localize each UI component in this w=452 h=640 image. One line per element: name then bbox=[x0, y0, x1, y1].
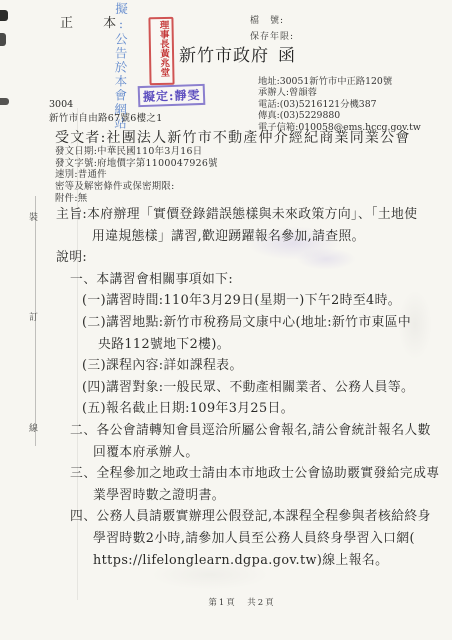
body-line: (五)報名截止日期:109年3月25日。 bbox=[82, 398, 448, 420]
body-line: (三)課程內容:詳如課程表。 bbox=[82, 355, 448, 377]
body-line: (四)講習對象:一般民眾、不動產相關業者、公務人員等。 bbox=[82, 377, 448, 399]
document-meta: 發文日期:中華民國110年3月16日 發文字號:府地價字第1100047926號… bbox=[55, 146, 218, 205]
contact-person: 承辦人:曾韻蓉 bbox=[258, 87, 421, 98]
sender-zip: 3004 bbox=[49, 99, 73, 110]
body-line: 二、各公會請轉知會員逕洽所屬公會報名,請公會統計報名人數 bbox=[70, 420, 448, 442]
document-page: 正 本 擬:公告於本會網站 理事長黃兆堂 擬定:靜雯 檔 號: 保存年限: 新竹… bbox=[0, 0, 452, 640]
drafter-approval-stamp: 擬定:靜雯 bbox=[138, 84, 206, 107]
issue-date: 發文日期:中華民國110年3月16日 bbox=[55, 146, 218, 158]
chairman-name-stamp: 理事長黃兆堂 bbox=[148, 17, 174, 85]
binding-mark-ding: 訂 bbox=[29, 310, 38, 323]
contact-phone: 電話:(03)5216121分機387 bbox=[258, 99, 421, 110]
body-line: 三、全程參加之地政士請由本市地政士公會協助覈實發給完成專 bbox=[70, 463, 448, 485]
contact-block: 地址:30051新竹市中正路120號 承辦人:曾韻蓉 電話:(03)521612… bbox=[258, 76, 421, 133]
issue-number: 發文字號:府地價字第1100047926號 bbox=[55, 158, 218, 170]
issuing-agency: 新竹市政府 bbox=[179, 46, 269, 66]
body-line: 業學習時數之證明書。 bbox=[93, 485, 448, 507]
body-line: 四、公務人員請覈實辦理公假登記,本課程全程參與者核給終身 bbox=[70, 506, 448, 528]
scan-edge-mark bbox=[0, 98, 9, 105]
file-number-label: 檔 號: bbox=[250, 13, 284, 26]
body-line: 主旨:本府辦理「實價登錄錯誤態樣與未來政策方向」、「土地使 bbox=[56, 204, 448, 226]
contact-address: 地址:30051新竹市中正路120號 bbox=[258, 76, 421, 87]
security-classification: 密等及解密條件或保密期限: bbox=[55, 181, 218, 193]
body-line: 一、本講習會相關事項如下: bbox=[70, 269, 448, 291]
recipient-line: 受文者:社團法人新竹市不動產仲介經紀商業同業公會 bbox=[55, 127, 411, 147]
body-line: 用違規態樣」講習,歡迎踴躍報名參加,請查照。 bbox=[92, 226, 448, 248]
page-number-indicator: 第1頁 共2頁 bbox=[16, 596, 452, 608]
sender-address: 新竹市自由路67號6樓之1 bbox=[49, 110, 163, 124]
body-line: 學習時數2小時,請參加人員至公務人員終身學習入口網( bbox=[93, 528, 448, 550]
document-body: 主旨:本府辦理「實價登錄錯誤態樣與未來政策方向」、「土地使 用違規態樣」講習,歡… bbox=[56, 204, 448, 571]
body-line: (一)講習時間:110年3月29日(星期一)下午2時至4時。 bbox=[82, 290, 448, 312]
contact-fax: 傳真:(03)5229880 bbox=[258, 110, 421, 121]
body-line: 說明: bbox=[56, 247, 448, 269]
scan-edge-mark bbox=[0, 10, 8, 21]
binding-mark-xian: 線 bbox=[29, 421, 38, 434]
scan-edge-mark bbox=[0, 33, 6, 46]
document-type: 函 bbox=[278, 46, 296, 66]
document-title: 新竹市政府函 bbox=[179, 41, 296, 66]
delivery-speed: 速別:普通件 bbox=[55, 169, 218, 181]
binding-mark-zhuang: 裝 bbox=[29, 210, 38, 223]
body-line: 回覆本府承辦人。 bbox=[93, 442, 448, 464]
body-line: (二)講習地點:新竹市稅務局文康中心(地址:新竹市東區中 bbox=[82, 312, 448, 334]
body-line: https://lifelonglearn.dgpa.gov.tw)線上報名。 bbox=[93, 550, 448, 572]
body-line: 央路112號地下2樓)。 bbox=[98, 334, 448, 356]
attachment-note: 附件:無 bbox=[55, 193, 218, 205]
